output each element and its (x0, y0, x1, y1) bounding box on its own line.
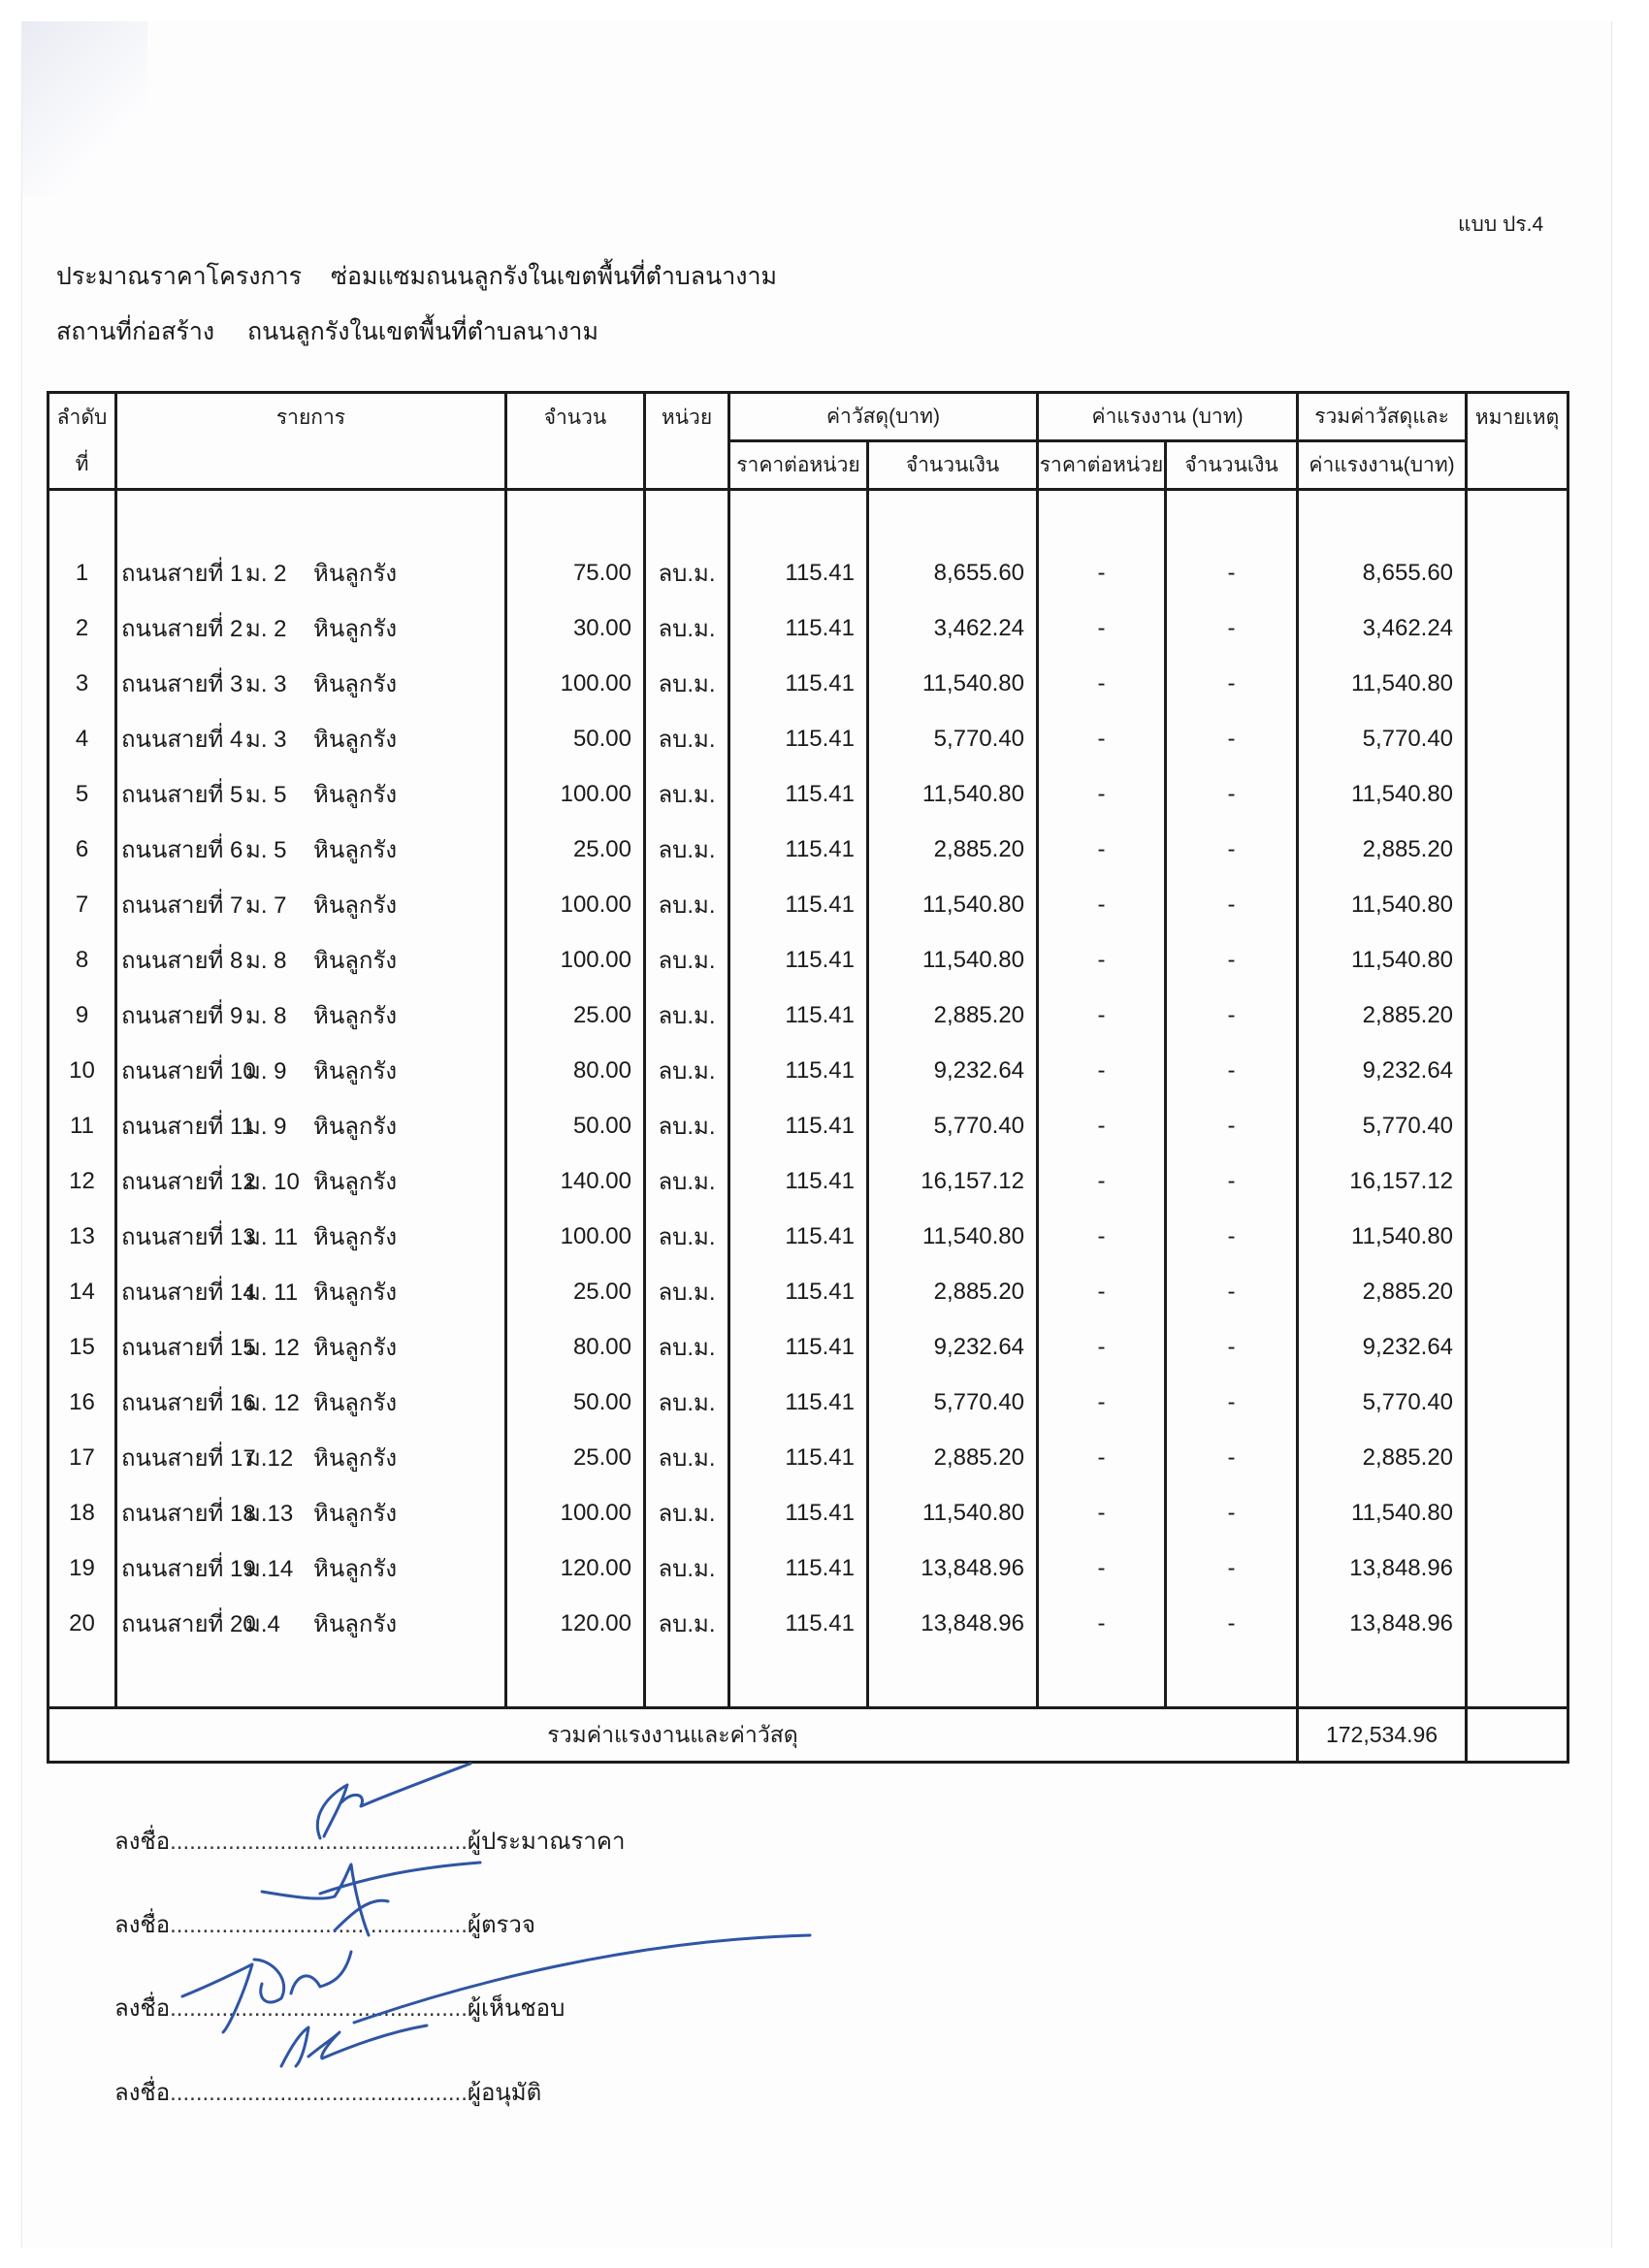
row-item-moo: ม. 3 (245, 664, 313, 702)
row-item-material: หินลูกรัง (313, 775, 397, 813)
row-unit: ลบ.ม. (645, 1319, 729, 1375)
row-remark (1467, 1596, 1568, 1651)
row-labor-unit-price: - (1038, 932, 1166, 988)
row-labor-amount: - (1166, 1153, 1298, 1209)
row-item-road: ถนนสายที่ 19 (121, 1549, 245, 1587)
row-item-road: ถนนสายที่ 11 (121, 1107, 245, 1145)
table-row: 7ถนนสายที่ 7ม. 7หินลูกรัง100.00ลบ.ม.115.… (48, 877, 1568, 932)
table-row: 13ถนนสายที่ 13ม. 11หินลูกรัง100.00ลบ.ม.1… (48, 1209, 1568, 1264)
row-total: 3,462.24 (1298, 600, 1467, 656)
row-no: 4 (48, 711, 116, 766)
row-material-amount: 9,232.64 (868, 1043, 1038, 1098)
row-item-moo: ม. 11 (245, 1217, 313, 1255)
row-qty: 25.00 (506, 1264, 645, 1319)
row-total: 13,848.96 (1298, 1540, 1467, 1596)
row-total: 9,232.64 (1298, 1319, 1467, 1375)
table-row: 3ถนนสายที่ 3ม. 3หินลูกรัง100.00ลบ.ม.115.… (48, 656, 1568, 711)
row-remark (1467, 988, 1568, 1043)
row-labor-unit-price: - (1038, 1098, 1166, 1153)
sign-dots: ........................................… (170, 1829, 468, 1855)
row-item-road: ถนนสายที่ 6 (121, 830, 245, 868)
row-remark (1467, 656, 1568, 711)
row-qty: 25.00 (506, 822, 645, 877)
row-no: 12 (48, 1153, 116, 1209)
row-labor-amount: - (1166, 1209, 1298, 1264)
row-item: ถนนสายที่ 17ม.12หินลูกรัง (116, 1430, 506, 1485)
row-item-moo: ม. 5 (245, 830, 313, 868)
row-no: 16 (48, 1375, 116, 1430)
table-row: 18ถนนสายที่ 18ม.13หินลูกรัง100.00ลบ.ม.11… (48, 1485, 1568, 1540)
row-qty: 100.00 (506, 766, 645, 822)
row-item-road: ถนนสายที่ 12 (121, 1162, 245, 1200)
row-material-unit-price: 115.41 (729, 1319, 868, 1375)
row-item-moo: ม. 9 (245, 1052, 313, 1089)
header-item: รายการ (116, 393, 506, 490)
row-labor-unit-price: - (1038, 877, 1166, 932)
row-labor-amount: - (1166, 1430, 1298, 1485)
row-material-unit-price: 115.41 (729, 988, 868, 1043)
row-item-moo: ม.13 (245, 1494, 313, 1532)
row-total: 2,885.20 (1298, 1430, 1467, 1485)
row-remark (1467, 1264, 1568, 1319)
table-row: 10ถนนสายที่ 10ม. 9หินลูกรัง80.00ลบ.ม.115… (48, 1043, 1568, 1098)
row-material-amount: 2,885.20 (868, 822, 1038, 877)
project-name: ซ่อมแซมถนนลูกรังในเขตพื้นที่ตำบลนางาม (331, 263, 777, 290)
row-material-amount: 11,540.80 (868, 1485, 1038, 1540)
table-row: 11ถนนสายที่ 11ม. 9หินลูกรัง50.00ลบ.ม.115… (48, 1098, 1568, 1153)
row-labor-unit-price: - (1038, 1596, 1166, 1651)
table-row: 6ถนนสายที่ 6ม. 5หินลูกรัง25.00ลบ.ม.115.4… (48, 822, 1568, 877)
total-label: รวมค่าแรงงานและค่าวัสดุ (48, 1708, 1298, 1763)
total-remark (1467, 1708, 1568, 1763)
row-item-material: หินลูกรัง (313, 1217, 397, 1255)
row-labor-amount: - (1166, 1540, 1298, 1596)
row-item-material: หินลูกรัง (313, 830, 397, 868)
table-row: 1ถนนสายที่ 1ม. 2หินลูกรัง75.00ลบ.ม.115.4… (48, 545, 1568, 600)
row-item-material: หินลูกรัง (313, 664, 397, 702)
row-item-road: ถนนสายที่ 8 (121, 941, 245, 979)
row-unit: ลบ.ม. (645, 1043, 729, 1098)
row-item-material: หินลูกรัง (313, 1052, 397, 1089)
row-no: 15 (48, 1319, 116, 1375)
row-material-amount: 2,885.20 (868, 1264, 1038, 1319)
row-labor-amount: - (1166, 711, 1298, 766)
row-item: ถนนสายที่ 3ม. 3หินลูกรัง (116, 656, 506, 711)
row-labor-unit-price: - (1038, 1540, 1166, 1596)
header-total-line2: ค่าแรงงาน(บาท) (1298, 441, 1467, 490)
project-label: ประมาณราคาโครงการ (56, 257, 331, 296)
row-unit: ลบ.ม. (645, 1430, 729, 1485)
row-item-road: ถนนสายที่ 13 (121, 1217, 245, 1255)
row-material-unit-price: 115.41 (729, 1596, 868, 1651)
row-material-amount: 13,848.96 (868, 1540, 1038, 1596)
row-qty: 100.00 (506, 877, 645, 932)
location-label: สถานที่ก่อสร้าง (56, 312, 247, 351)
row-item-material: หินลูกรัง (313, 720, 397, 758)
row-item: ถนนสายที่ 20ม.4หินลูกรัง (116, 1596, 506, 1651)
row-qty: 100.00 (506, 1485, 645, 1540)
row-item-road: ถนนสายที่ 2 (121, 609, 245, 647)
row-item-moo: ม. 5 (245, 775, 313, 813)
sign-dots: ........................................… (170, 2080, 468, 2106)
row-unit: ลบ.ม. (645, 932, 729, 988)
row-item-moo: ม. 12 (245, 1328, 313, 1366)
row-item-material: หินลูกรัง (313, 609, 397, 647)
row-qty: 50.00 (506, 1098, 645, 1153)
row-labor-unit-price: - (1038, 1319, 1166, 1375)
row-material-amount: 2,885.20 (868, 988, 1038, 1043)
header-labor-unit-price: ราคาต่อหน่วย (1038, 441, 1166, 490)
row-item-road: ถนนสายที่ 9 (121, 996, 245, 1034)
row-no: 10 (48, 1043, 116, 1098)
row-material-amount: 13,848.96 (868, 1596, 1038, 1651)
row-material-amount: 5,770.40 (868, 711, 1038, 766)
row-total: 2,885.20 (1298, 1264, 1467, 1319)
row-labor-amount: - (1166, 988, 1298, 1043)
row-item: ถนนสายที่ 13ม. 11หินลูกรัง (116, 1209, 506, 1264)
row-no: 9 (48, 988, 116, 1043)
row-material-unit-price: 115.41 (729, 1375, 868, 1430)
row-labor-amount: - (1166, 656, 1298, 711)
row-material-unit-price: 115.41 (729, 1430, 868, 1485)
row-item-moo: ม. 2 (245, 554, 313, 592)
row-item: ถนนสายที่ 1ม. 2หินลูกรัง (116, 545, 506, 600)
row-unit: ลบ.ม. (645, 600, 729, 656)
row-material-amount: 11,540.80 (868, 1209, 1038, 1264)
sign-role: ผู้ตรวจ (468, 1912, 535, 1938)
row-total: 11,540.80 (1298, 1209, 1467, 1264)
row-item: ถนนสายที่ 9ม. 8หินลูกรัง (116, 988, 506, 1043)
spacer-row (48, 1651, 1568, 1708)
row-unit: ลบ.ม. (645, 988, 729, 1043)
row-item-material: หินลูกรัง (313, 1273, 397, 1311)
row-item: ถนนสายที่ 18ม.13หินลูกรัง (116, 1485, 506, 1540)
row-material-unit-price: 115.41 (729, 600, 868, 656)
row-total: 16,157.12 (1298, 1153, 1467, 1209)
row-item-material: หินลูกรัง (313, 1107, 397, 1145)
row-labor-amount: - (1166, 766, 1298, 822)
sign-role: ผู้ประมาณราคา (468, 1829, 626, 1855)
row-labor-amount: - (1166, 600, 1298, 656)
row-item-moo: ม. 7 (245, 886, 313, 923)
row-item-material: หินลูกรัง (313, 1549, 397, 1587)
table-row: 19ถนนสายที่ 19ม.14หินลูกรัง120.00ลบ.ม.11… (48, 1540, 1568, 1596)
row-total: 2,885.20 (1298, 822, 1467, 877)
row-unit: ลบ.ม. (645, 1209, 729, 1264)
row-labor-unit-price: - (1038, 600, 1166, 656)
table-row: 2ถนนสายที่ 2ม. 2หินลูกรัง30.00ลบ.ม.115.4… (48, 600, 1568, 656)
signature-line-endorser: ลงชื่อ..................................… (114, 1989, 565, 2026)
row-no: 6 (48, 822, 116, 877)
row-total: 8,655.60 (1298, 545, 1467, 600)
row-item-moo: ม. 2 (245, 609, 313, 647)
row-labor-amount: - (1166, 1485, 1298, 1540)
row-material-unit-price: 115.41 (729, 1485, 868, 1540)
row-remark (1467, 932, 1568, 988)
row-qty: 100.00 (506, 1209, 645, 1264)
row-item-road: ถนนสายที่ 10 (121, 1052, 245, 1089)
row-item-road: ถนนสายที่ 3 (121, 664, 245, 702)
row-item: ถนนสายที่ 12ม. 10หินลูกรัง (116, 1153, 506, 1209)
row-no: 5 (48, 766, 116, 822)
form-code: แบบ ปร.4 (1458, 209, 1543, 241)
table-row: 20ถนนสายที่ 20ม.4หินลูกรัง120.00ลบ.ม.115… (48, 1596, 1568, 1651)
row-item-road: ถนนสายที่ 4 (121, 720, 245, 758)
row-item-road: ถนนสายที่ 5 (121, 775, 245, 813)
row-qty: 25.00 (506, 988, 645, 1043)
row-material-unit-price: 115.41 (729, 1540, 868, 1596)
row-material-unit-price: 115.41 (729, 545, 868, 600)
row-item-moo: ม. 10 (245, 1162, 313, 1200)
sign-role: ผู้เห็นชอบ (468, 1995, 565, 2022)
table-row: 14ถนนสายที่ 14ม. 11หินลูกรัง25.00ลบ.ม.11… (48, 1264, 1568, 1319)
row-no: 14 (48, 1264, 116, 1319)
row-item-material: หินลูกรัง (313, 1604, 397, 1642)
spacer-row (48, 490, 1568, 546)
row-qty: 120.00 (506, 1596, 645, 1651)
row-item-material: หินลูกรัง (313, 941, 397, 979)
row-labor-amount: - (1166, 1596, 1298, 1651)
sign-prefix: ลงชื่อ (114, 1995, 170, 2022)
row-material-amount: 5,770.40 (868, 1375, 1038, 1430)
row-material-amount: 11,540.80 (868, 932, 1038, 988)
row-qty: 100.00 (506, 932, 645, 988)
row-material-unit-price: 115.41 (729, 1264, 868, 1319)
row-remark (1467, 1153, 1568, 1209)
row-item-road: ถนนสายที่ 7 (121, 886, 245, 923)
row-item-moo: ม. 8 (245, 941, 313, 979)
row-material-amount: 5,770.40 (868, 1098, 1038, 1153)
sign-prefix: ลงชื่อ (114, 2080, 170, 2106)
row-material-unit-price: 115.41 (729, 711, 868, 766)
row-material-amount: 11,540.80 (868, 877, 1038, 932)
row-qty: 25.00 (506, 1430, 645, 1485)
row-unit: ลบ.ม. (645, 711, 729, 766)
row-no: 13 (48, 1209, 116, 1264)
row-labor-amount: - (1166, 1375, 1298, 1430)
location-line: สถานที่ก่อสร้างถนนลูกรังในเขตพื้นที่ตำบล… (56, 312, 598, 351)
row-remark (1467, 1098, 1568, 1153)
row-total: 11,540.80 (1298, 932, 1467, 988)
row-material-unit-price: 115.41 (729, 1209, 868, 1264)
table-row: 17ถนนสายที่ 17ม.12หินลูกรัง25.00ลบ.ม.115… (48, 1430, 1568, 1485)
row-item-moo: ม.4 (245, 1604, 313, 1642)
row-labor-unit-price: - (1038, 1153, 1166, 1209)
row-item-moo: ม.12 (245, 1439, 313, 1476)
signature-line-estimator: ลงชื่อ..................................… (114, 1822, 625, 1860)
total-row: รวมค่าแรงงานและค่าวัสดุ 172,534.96 (48, 1708, 1568, 1763)
signature-line-inspector: ลงชื่อ..................................… (114, 1905, 535, 1943)
sign-dots: ........................................… (170, 1995, 468, 2022)
row-material-amount: 16,157.12 (868, 1153, 1038, 1209)
header-material-amount: จำนวนเงิน (868, 441, 1038, 490)
row-item-material: หินลูกรัง (313, 1162, 397, 1200)
cost-estimate-table: ลำดับ รายการ จำนวน หน่วย ค่าวัสดุ(บาท) ค… (47, 391, 1569, 1764)
row-unit: ลบ.ม. (645, 1485, 729, 1540)
row-no: 3 (48, 656, 116, 711)
scan-shadow (21, 21, 147, 196)
table-row: 8ถนนสายที่ 8ม. 8หินลูกรัง100.00ลบ.ม.115.… (48, 932, 1568, 988)
row-labor-unit-price: - (1038, 1264, 1166, 1319)
row-remark (1467, 766, 1568, 822)
row-total: 9,232.64 (1298, 1043, 1467, 1098)
row-labor-amount: - (1166, 932, 1298, 988)
grand-total: 172,534.96 (1298, 1708, 1467, 1763)
row-unit: ลบ.ม. (645, 545, 729, 600)
row-item-material: หินลูกรัง (313, 1328, 397, 1366)
table-row: 5ถนนสายที่ 5ม. 5หินลูกรัง100.00ลบ.ม.115.… (48, 766, 1568, 822)
row-item-moo: ม. 12 (245, 1383, 313, 1421)
table-row: 15ถนนสายที่ 15ม. 12หินลูกรัง80.00ลบ.ม.11… (48, 1319, 1568, 1375)
header-no: ลำดับ (48, 393, 116, 441)
row-remark (1467, 1540, 1568, 1596)
row-qty: 100.00 (506, 656, 645, 711)
row-material-amount: 8,655.60 (868, 545, 1038, 600)
row-item-moo: ม. 9 (245, 1107, 313, 1145)
row-unit: ลบ.ม. (645, 1098, 729, 1153)
row-unit: ลบ.ม. (645, 1596, 729, 1651)
row-total: 2,885.20 (1298, 988, 1467, 1043)
row-material-amount: 3,462.24 (868, 600, 1038, 656)
row-item-road: ถนนสายที่ 20 (121, 1604, 245, 1642)
row-item-road: ถนนสายที่ 14 (121, 1273, 245, 1311)
row-remark (1467, 1430, 1568, 1485)
row-qty: 30.00 (506, 600, 645, 656)
row-total: 5,770.40 (1298, 711, 1467, 766)
table-row: 16ถนนสายที่ 16ม. 12หินลูกรัง50.00ลบ.ม.11… (48, 1375, 1568, 1430)
row-total: 11,540.80 (1298, 877, 1467, 932)
row-qty: 140.00 (506, 1153, 645, 1209)
row-item-road: ถนนสายที่ 17 (121, 1439, 245, 1476)
row-item: ถนนสายที่ 5ม. 5หินลูกรัง (116, 766, 506, 822)
row-item: ถนนสายที่ 7ม. 7หินลูกรัง (116, 877, 506, 932)
row-material-amount: 9,232.64 (868, 1319, 1038, 1375)
row-material-unit-price: 115.41 (729, 1098, 868, 1153)
row-remark (1467, 1375, 1568, 1430)
header-qty: จำนวน (506, 393, 645, 490)
row-no: 19 (48, 1540, 116, 1596)
row-labor-unit-price: - (1038, 711, 1166, 766)
row-item-moo: ม. 11 (245, 1273, 313, 1311)
row-total: 5,770.40 (1298, 1375, 1467, 1430)
row-qty: 120.00 (506, 1540, 645, 1596)
row-total: 13,848.96 (1298, 1596, 1467, 1651)
row-qty: 50.00 (506, 1375, 645, 1430)
row-item: ถนนสายที่ 4ม. 3หินลูกรัง (116, 711, 506, 766)
row-total: 11,540.80 (1298, 656, 1467, 711)
row-item-material: หินลูกรัง (313, 996, 397, 1034)
row-labor-unit-price: - (1038, 822, 1166, 877)
header-material-group: ค่าวัสดุ(บาท) (729, 393, 1038, 441)
row-item-road: ถนนสายที่ 18 (121, 1494, 245, 1532)
row-labor-unit-price: - (1038, 656, 1166, 711)
row-remark (1467, 1319, 1568, 1375)
sign-dots: ........................................… (170, 1912, 468, 1938)
row-material-unit-price: 115.41 (729, 822, 868, 877)
row-item: ถนนสายที่ 2ม. 2หินลูกรัง (116, 600, 506, 656)
row-material-amount: 11,540.80 (868, 656, 1038, 711)
table-row: 9ถนนสายที่ 9ม. 8หินลูกรัง25.00ลบ.ม.115.4… (48, 988, 1568, 1043)
row-labor-amount: - (1166, 1098, 1298, 1153)
row-labor-unit-price: - (1038, 545, 1166, 600)
header-material-unit-price: ราคาต่อหน่วย (729, 441, 868, 490)
header-labor-group: ค่าแรงงาน (บาท) (1038, 393, 1298, 441)
row-item: ถนนสายที่ 14ม. 11หินลูกรัง (116, 1264, 506, 1319)
row-material-unit-price: 115.41 (729, 766, 868, 822)
row-item: ถนนสายที่ 6ม. 5หินลูกรัง (116, 822, 506, 877)
row-labor-unit-price: - (1038, 1430, 1166, 1485)
row-unit: ลบ.ม. (645, 877, 729, 932)
row-item-material: หินลูกรัง (313, 1383, 397, 1421)
row-labor-unit-price: - (1038, 988, 1166, 1043)
row-labor-amount: - (1166, 545, 1298, 600)
row-qty: 75.00 (506, 545, 645, 600)
row-remark (1467, 822, 1568, 877)
row-item: ถนนสายที่ 8ม. 8หินลูกรัง (116, 932, 506, 988)
project-line: ประมาณราคาโครงการซ่อมแซมถนนลูกรังในเขตพื… (56, 257, 777, 296)
row-item: ถนนสายที่ 16ม. 12หินลูกรัง (116, 1375, 506, 1430)
row-item-material: หินลูกรัง (313, 554, 397, 592)
row-remark (1467, 711, 1568, 766)
row-item-moo: ม. 3 (245, 720, 313, 758)
row-item-moo: ม.14 (245, 1549, 313, 1587)
row-item-road: ถนนสายที่ 1 (121, 554, 245, 592)
header-labor-amount: จำนวนเงิน (1166, 441, 1298, 490)
row-material-unit-price: 115.41 (729, 656, 868, 711)
row-labor-amount: - (1166, 822, 1298, 877)
sign-prefix: ลงชื่อ (114, 1912, 170, 1938)
row-remark (1467, 545, 1568, 600)
row-no: 20 (48, 1596, 116, 1651)
sign-prefix: ลงชื่อ (114, 1829, 170, 1855)
row-item: ถนนสายที่ 10ม. 9หินลูกรัง (116, 1043, 506, 1098)
row-no: 8 (48, 932, 116, 988)
row-item-road: ถนนสายที่ 16 (121, 1383, 245, 1421)
row-material-unit-price: 115.41 (729, 1043, 868, 1098)
row-no: 7 (48, 877, 116, 932)
row-unit: ลบ.ม. (645, 766, 729, 822)
row-item: ถนนสายที่ 19ม.14หินลูกรัง (116, 1540, 506, 1596)
row-no: 17 (48, 1430, 116, 1485)
row-total: 5,770.40 (1298, 1098, 1467, 1153)
row-item: ถนนสายที่ 15ม. 12หินลูกรัง (116, 1319, 506, 1375)
row-total: 11,540.80 (1298, 1485, 1467, 1540)
row-item-road: ถนนสายที่ 15 (121, 1328, 245, 1366)
row-remark (1467, 1043, 1568, 1098)
row-no: 1 (48, 545, 116, 600)
row-unit: ลบ.ม. (645, 656, 729, 711)
header-no-line2: ที่ (48, 441, 116, 490)
row-unit: ลบ.ม. (645, 1540, 729, 1596)
row-material-amount: 2,885.20 (868, 1430, 1038, 1485)
table-row: 4ถนนสายที่ 4ม. 3หินลูกรัง50.00ลบ.ม.115.4… (48, 711, 1568, 766)
row-labor-unit-price: - (1038, 1375, 1166, 1430)
row-qty: 80.00 (506, 1043, 645, 1098)
row-total: 11,540.80 (1298, 766, 1467, 822)
row-item-material: หินลูกรัง (313, 886, 397, 923)
signature-line-approver: ลงชื่อ..................................… (114, 2073, 541, 2111)
row-labor-amount: - (1166, 1319, 1298, 1375)
row-labor-amount: - (1166, 1043, 1298, 1098)
row-unit: ลบ.ม. (645, 1375, 729, 1430)
row-material-unit-price: 115.41 (729, 1153, 868, 1209)
sign-role: ผู้อนุมัติ (468, 2080, 541, 2106)
row-labor-unit-price: - (1038, 1043, 1166, 1098)
row-material-unit-price: 115.41 (729, 932, 868, 988)
table-row: 12ถนนสายที่ 12ม. 10หินลูกรัง140.00ลบ.ม.1… (48, 1153, 1568, 1209)
row-unit: ลบ.ม. (645, 1264, 729, 1319)
row-item-material: หินลูกรัง (313, 1439, 397, 1476)
